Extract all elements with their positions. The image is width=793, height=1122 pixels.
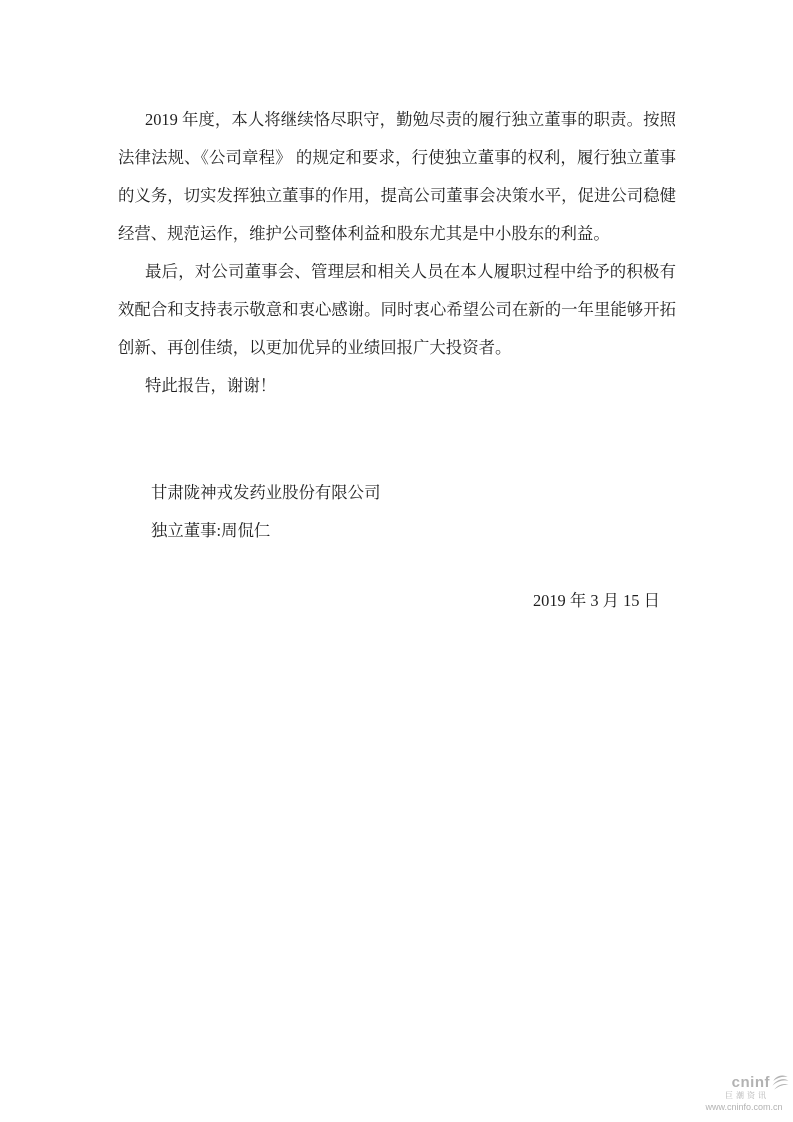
- cninfo-watermark: cninf 巨潮资讯 www.cninfo.com.cn: [697, 1073, 791, 1113]
- cninfo-cn-name: 巨潮资讯: [697, 1092, 791, 1101]
- company-name: 甘肃陇神戎发药业股份有限公司: [118, 474, 676, 512]
- cninfo-logo-row: cninf: [697, 1073, 791, 1092]
- cninfo-logo-text: cninf: [732, 1075, 770, 1092]
- signature-date: 2019 年 3 月 15 日: [118, 582, 676, 620]
- paragraph-closing: 特此报告，谢谢！: [118, 367, 676, 405]
- signer-line: 独立董事:周侃仁: [118, 512, 676, 550]
- signature-block: 甘肃陇神戎发药业股份有限公司 独立董事:周侃仁 2019 年 3 月 15 日: [118, 474, 676, 620]
- paragraph-thanks: 最后，对公司董事会、管理层和相关人员在本人履职过程中给予的积极有效配合和支持表示…: [118, 253, 676, 367]
- paragraph-duties: 2019 年度，本人将继续恪尽职守，勤勉尽责的履行独立董事的职责。按照法律法规、…: [118, 101, 676, 253]
- cninfo-url: www.cninfo.com.cn: [697, 1103, 791, 1113]
- document-page: 2019 年度，本人将继续恪尽职守，勤勉尽责的履行独立董事的职责。按照法律法规、…: [0, 0, 793, 1122]
- document-body: 2019 年度，本人将继续恪尽职守，勤勉尽责的履行独立董事的职责。按照法律法规、…: [118, 101, 676, 620]
- cninfo-swirl-icon: [771, 1073, 790, 1092]
